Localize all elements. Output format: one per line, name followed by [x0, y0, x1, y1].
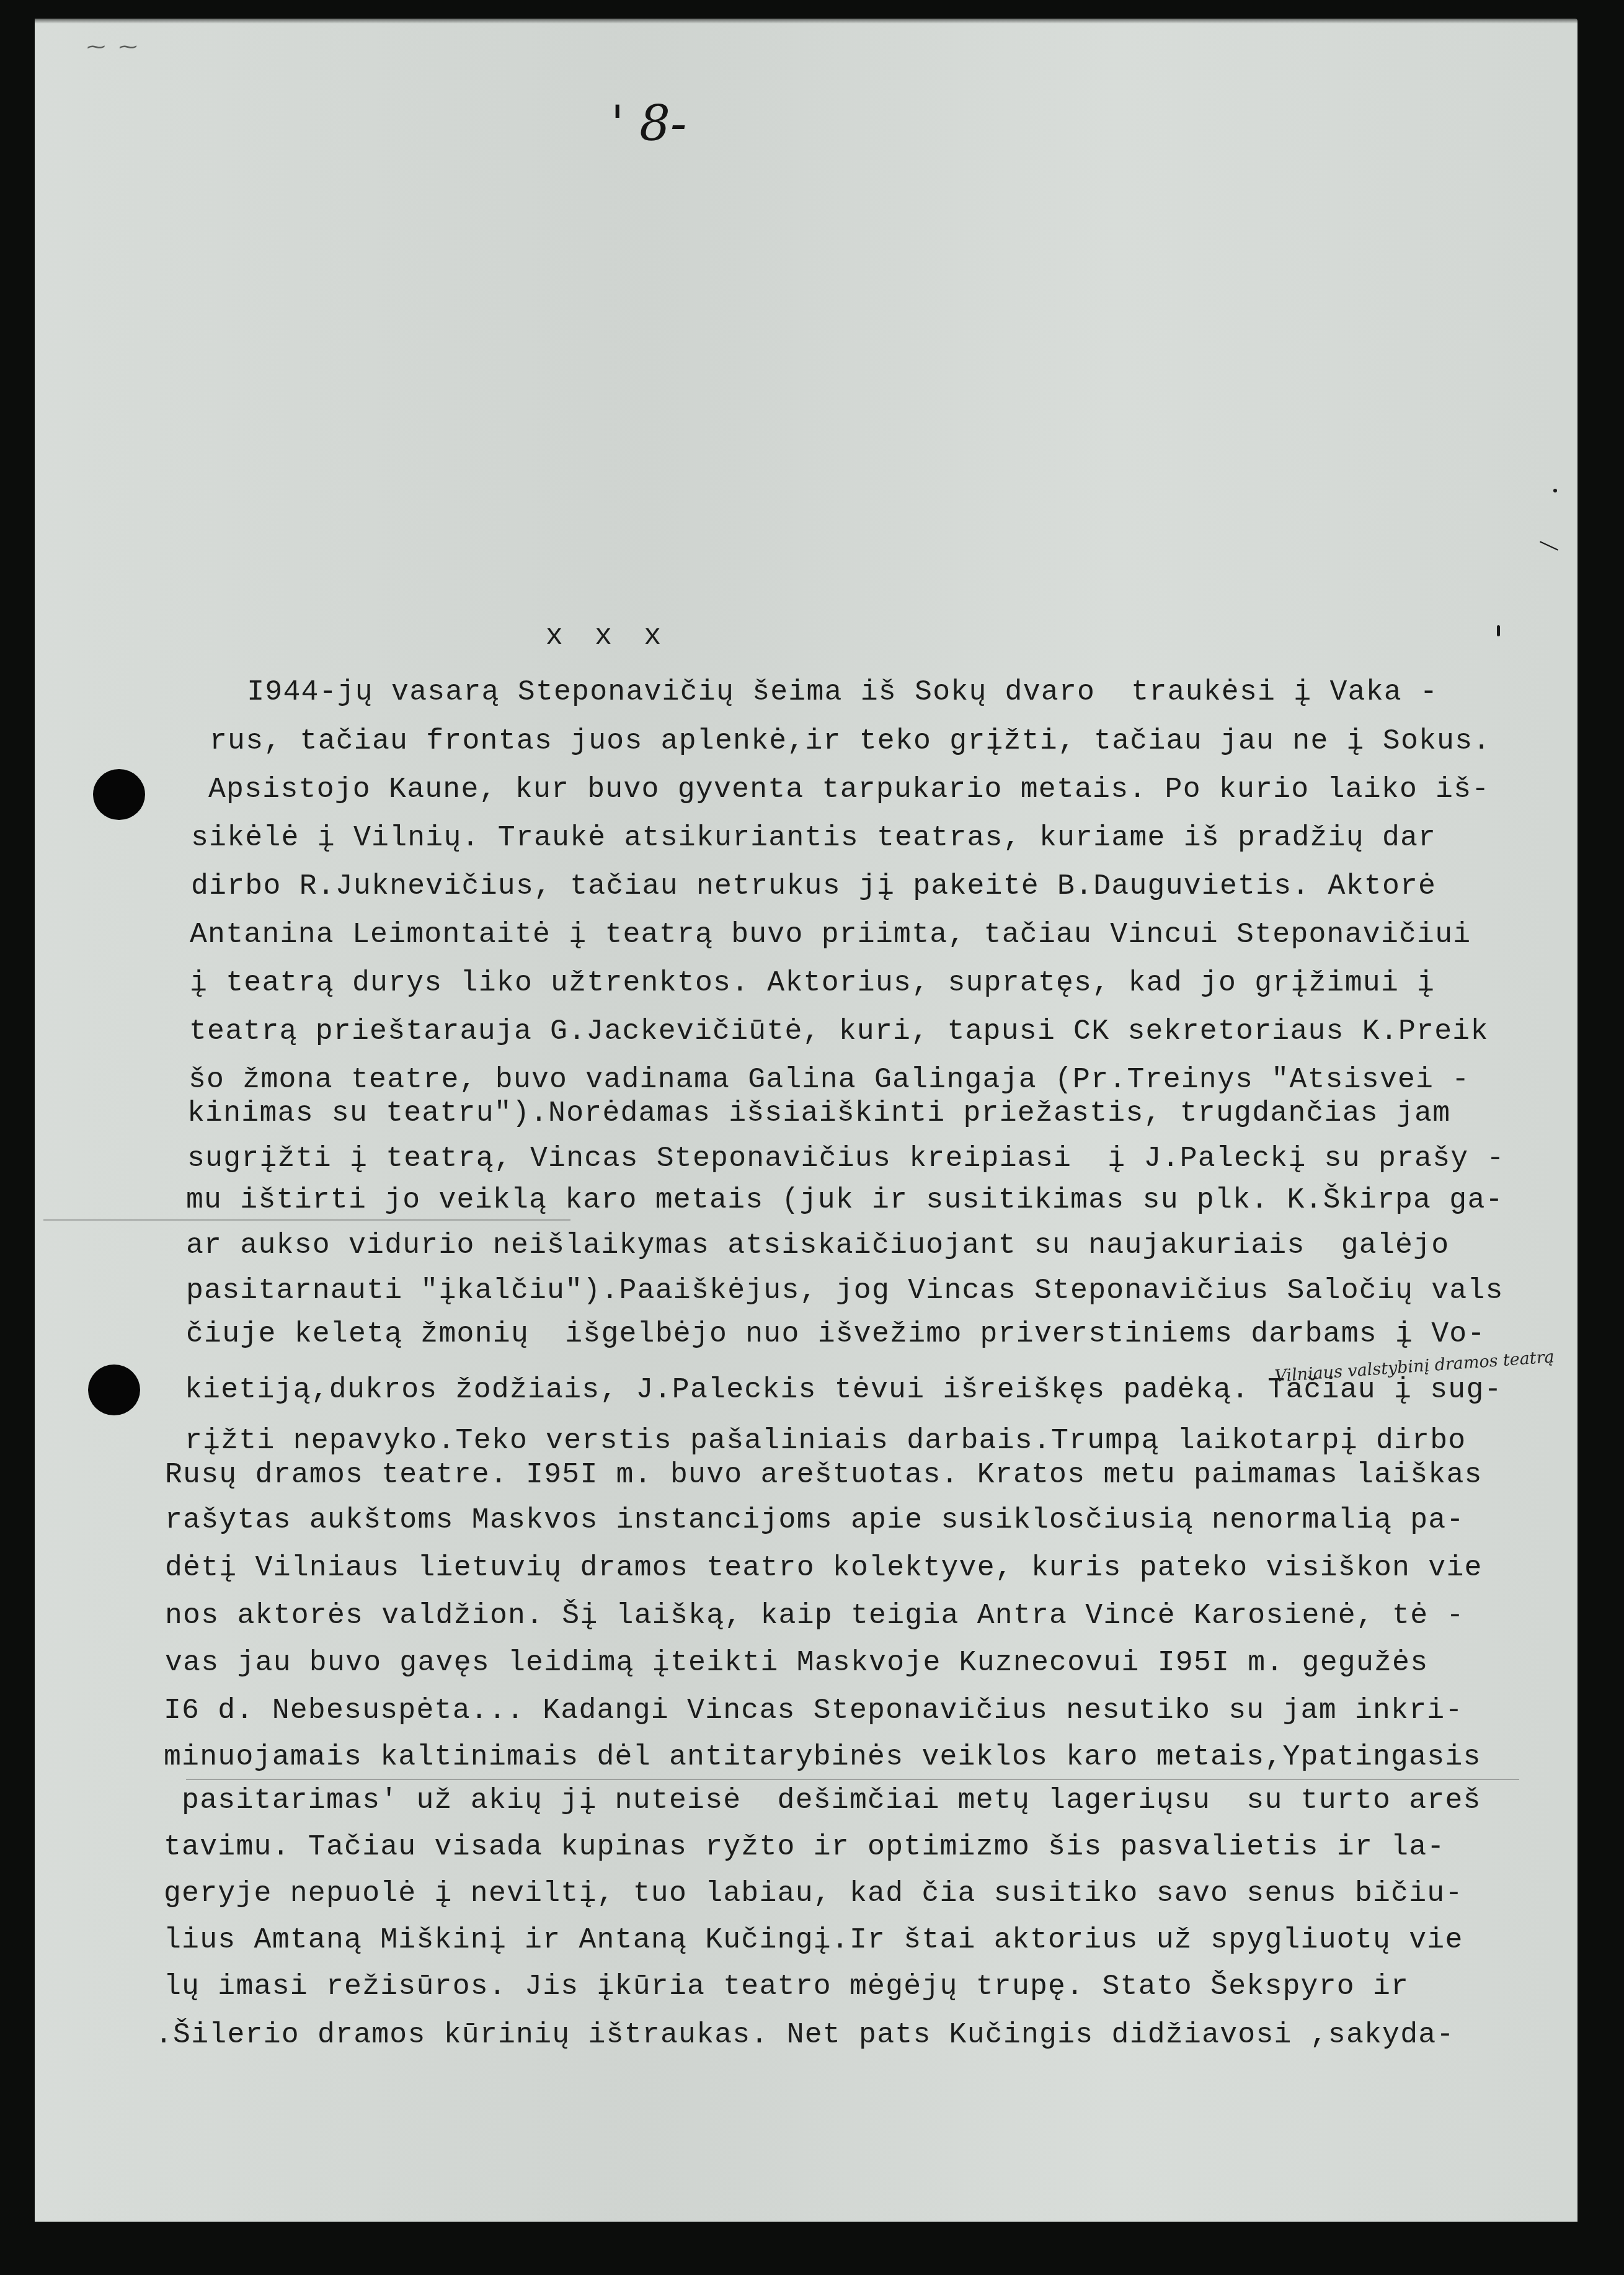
text-line: minuojamais kaltinimais dėl antitarybinė…	[164, 1743, 1481, 1772]
text-line: I6 d. Nebesuspėta... Kadangi Vincas Step…	[164, 1696, 1463, 1725]
text-line: Antanina Leimontaitė į teatrą buvo priim…	[190, 920, 1471, 950]
page-number: ' 8-	[611, 96, 686, 152]
section-separator: x x x	[546, 620, 668, 652]
text-line: lų imasi režisūros. Jis įkūria teatro mė…	[164, 1972, 1409, 2001]
text-line: į teatrą durys liko užtrenktos. Aktorius…	[190, 969, 1435, 998]
text-line: šo žmona teatre, buvo vadinama Galina Ga…	[189, 1066, 1470, 1095]
fold-line	[43, 1219, 570, 1221]
corner-pencil-marks: ⁓ ⁓	[87, 36, 141, 58]
text-line: ar aukso vidurio neišlaikymas atsiskaiči…	[186, 1231, 1449, 1260]
text-line: sikėlė į Vilnių. Traukė atsikuriantis te…	[191, 824, 1436, 853]
text-line: rašytas aukštoms Maskvos instancijoms ap…	[165, 1506, 1465, 1535]
punch-hole-bottom	[88, 1365, 140, 1415]
text-line: nos aktorės valdžion. Šį laišką, kaip te…	[165, 1601, 1465, 1631]
text-line: pasitarimas' už akių jį nuteisė dešimčia…	[164, 1786, 1481, 1815]
text-line: kinimas su teatru").Norėdamas išsiaiškin…	[187, 1099, 1450, 1128]
page-number-dash: -	[670, 96, 686, 152]
text-line: .Šilerio dramos kūrinių ištraukas. Net p…	[155, 2021, 1455, 2050]
text-line: čiuje keletą žmonių išgelbėjo nuo išveži…	[186, 1320, 1486, 1349]
fold-line	[186, 1779, 1519, 1780]
text-line: lius Amtaną Miškinį ir Antaną Kučingį.Ir…	[164, 1926, 1463, 1955]
text-line: dirbo R.Juknevičius, tačiau netrukus jį …	[191, 872, 1436, 901]
text-line: pasitarnauti "įkalčiu").Paaiškėjus, jog …	[186, 1276, 1504, 1306]
text-line: Apsistojo Kaune, kur buvo gyventa tarpuk…	[208, 775, 1489, 804]
text-line: sugrįžti į teatrą, Vincas Steponavičius …	[187, 1144, 1505, 1173]
text-line: I944-jų vasarą Steponavičių šeima iš Sok…	[211, 678, 1438, 707]
text-line: geryje nepuolė į neviltį, tuo labiau, ka…	[164, 1879, 1463, 1908]
text-line: rįžti nepavyko.Teko verstis pašaliniais …	[185, 1427, 1466, 1456]
punch-hole-top	[93, 769, 145, 820]
text-line: dėtį Vilniaus lietuvių dramos teatro kol…	[165, 1554, 1483, 1583]
margin-mark	[1553, 489, 1557, 492]
text-line: tavimu. Tačiau visada kupinas ryžto ir o…	[164, 1833, 1445, 1862]
page-number-value: 8	[639, 96, 670, 152]
margin-mark	[1497, 625, 1500, 636]
page-number-tick: '	[611, 96, 624, 152]
text-line: mu ištirti jo veiklą karo metais (juk ir…	[186, 1186, 1504, 1215]
text-line: rus, tačiau frontas juos aplenkė,ir teko…	[210, 727, 1491, 756]
text-line: Rusų dramos teatre. I95I m. buvo areštuo…	[165, 1461, 1483, 1490]
text-line: vas jau buvo gavęs leidimą įteikti Maskv…	[165, 1649, 1428, 1678]
page-top-shadow	[35, 15, 1577, 24]
text-line: teatrą prieštarauja G.Jackevičiūtė, kuri…	[189, 1017, 1489, 1046]
